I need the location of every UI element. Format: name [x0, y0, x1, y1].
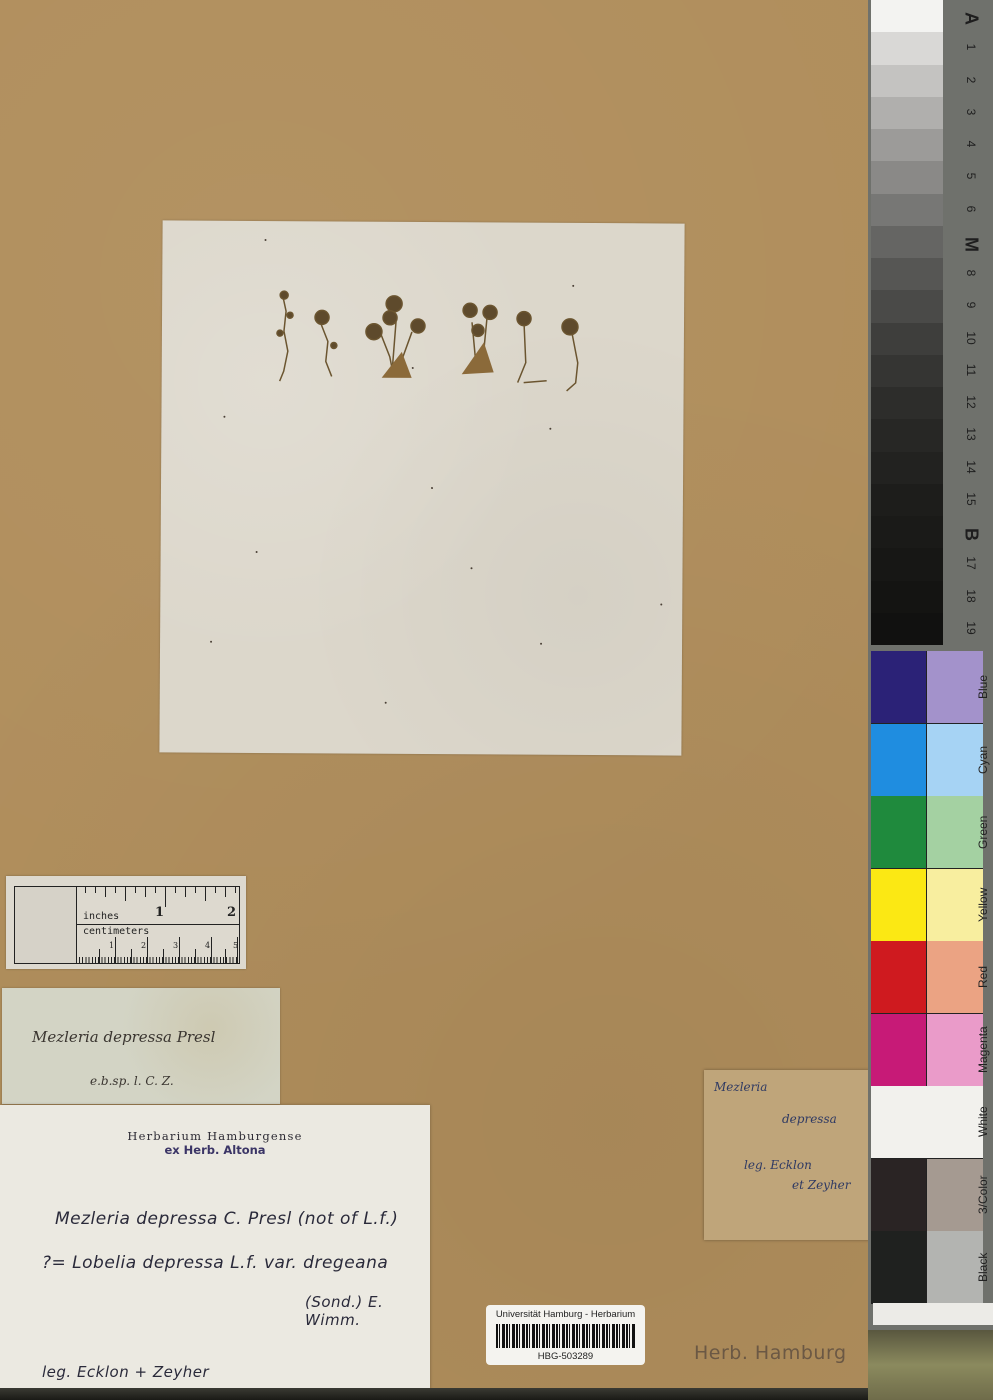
gray-patch [871, 226, 943, 258]
scale-ruler: inches centimeters 1 2 1 2 3 4 5 [6, 876, 246, 969]
fragment-envelope: Mezleria depressa leg. Ecklon et Zeyher [704, 1070, 870, 1240]
color-label: Cyan [976, 734, 993, 786]
barcode-label: Universität Hamburg - Herbarium HBG-5032… [486, 1305, 645, 1365]
old-label-name: Mezleria depressa Presl [32, 1028, 215, 1046]
dried-plants [262, 281, 623, 403]
cm-number: 1 [109, 941, 114, 950]
color-label: Green [976, 806, 993, 858]
specimen-capsule [159, 220, 684, 755]
gray-scale-label: 11 [964, 355, 978, 385]
barcode-bars [496, 1324, 636, 1348]
gray-patch [871, 129, 943, 161]
gray-scale-label: M [961, 229, 982, 259]
gray-patch [871, 194, 943, 226]
barcode-institution: Universität Hamburg - Herbarium [486, 1309, 645, 1320]
envelope-text: et Zeyher [792, 1178, 851, 1192]
herbarium-stamp: Herb. Hamburg [694, 1342, 847, 1364]
label-subheader: ex Herb. Altona [0, 1143, 430, 1157]
color-row-magenta [871, 1014, 983, 1087]
centimeters-label: centimeters [83, 926, 149, 937]
gray-scale-label: 15 [964, 484, 978, 514]
gray-scale-label: B [961, 520, 982, 550]
gray-scale-label: 19 [964, 613, 978, 643]
gray-patch [871, 65, 943, 97]
envelope-text: leg. Ecklon [744, 1158, 812, 1172]
cm-number: 2 [141, 941, 146, 950]
gray-scale-label: 17 [964, 548, 978, 578]
white-strip [873, 1303, 993, 1325]
color-row-green [871, 796, 983, 869]
gray-patch [871, 323, 943, 355]
color-row-color [871, 1159, 983, 1232]
label-header: Herbarium Hamburgense [0, 1129, 430, 1143]
old-label-note: e.b.sp. l. C. Z. [90, 1074, 174, 1088]
gray-scale-label: 14 [964, 452, 978, 482]
color-label: 3/Color [976, 1169, 993, 1221]
gray-patch [871, 419, 943, 451]
gray-scale-label: 8 [964, 258, 978, 288]
gray-scale-label: 13 [964, 419, 978, 449]
color-label: Red [976, 951, 993, 1003]
gray-patch [871, 484, 943, 516]
color-label: Magenta [976, 1024, 993, 1076]
color-label: White [976, 1096, 993, 1148]
synonym: ?= Lobelia depressa L.f. var. dregeana [42, 1253, 388, 1273]
color-row-black [871, 1231, 983, 1304]
gray-scale-label: 5 [964, 161, 978, 191]
gray-patch [871, 32, 943, 64]
color-label: Yellow [976, 879, 993, 931]
color-label: Blue [976, 661, 993, 713]
gray-scale-label: 9 [964, 290, 978, 320]
color-row-cyan [871, 724, 983, 797]
gray-scale-label: 10 [964, 323, 978, 353]
gray-patch [871, 548, 943, 580]
gray-patch [871, 290, 943, 322]
color-label: Black [976, 1241, 993, 1293]
inches-label: inches [83, 911, 119, 922]
herbarium-sheet: inches centimeters 1 2 1 2 3 4 5 [0, 0, 868, 1400]
gray-patch [871, 516, 943, 548]
gray-scale-label: 1 [964, 32, 978, 62]
gray-scale-label: 12 [964, 387, 978, 417]
gray-scale-label: 2 [964, 65, 978, 95]
gray-patch [871, 452, 943, 484]
original-label: Mezleria depressa Presl e.b.sp. l. C. Z. [2, 988, 280, 1104]
gray-patch [871, 613, 943, 645]
gray-scale-label: A [961, 4, 982, 34]
color-row-yellow [871, 869, 983, 942]
gray-patch [871, 161, 943, 193]
determiner: (Sond.) E. Wimm. [305, 1293, 430, 1329]
collector: leg. Ecklon + Zeyher [42, 1363, 209, 1381]
catalog-number: HBG-503289 [486, 1351, 645, 1362]
color-row-blue [871, 651, 983, 724]
gray-scale-label: 3 [964, 97, 978, 127]
cm-number: 4 [205, 941, 210, 950]
scanner-backdrop [868, 1330, 993, 1400]
gray-scale-label: 18 [964, 581, 978, 611]
determination-label: Herbarium Hamburgense ex Herb. Altona Me… [0, 1105, 430, 1390]
color-calibration-chart: BlueCyanGreenYellowRedMagentaWhite3/Colo… [868, 648, 993, 1330]
gray-patch [871, 387, 943, 419]
inch-number: 1 [155, 905, 164, 920]
gray-scale-label: 6 [964, 194, 978, 224]
gray-patch [871, 355, 943, 387]
envelope-text: depressa [782, 1112, 837, 1126]
gray-patch [871, 581, 943, 613]
cm-number: 3 [173, 941, 178, 950]
gray-scale-chart: A123456M89101112131415B171819 [868, 0, 993, 648]
taxon-name: Mezleria depressa C. Presl (not of L.f.) [55, 1209, 398, 1229]
inch-number: 2 [227, 905, 236, 920]
gray-scale-label: 4 [964, 129, 978, 159]
gray-patch [871, 258, 943, 290]
gray-patch [871, 0, 943, 32]
gray-patch [871, 97, 943, 129]
color-row-white [871, 1086, 983, 1159]
color-row-red [871, 941, 983, 1014]
envelope-text: Mezleria [714, 1080, 767, 1094]
